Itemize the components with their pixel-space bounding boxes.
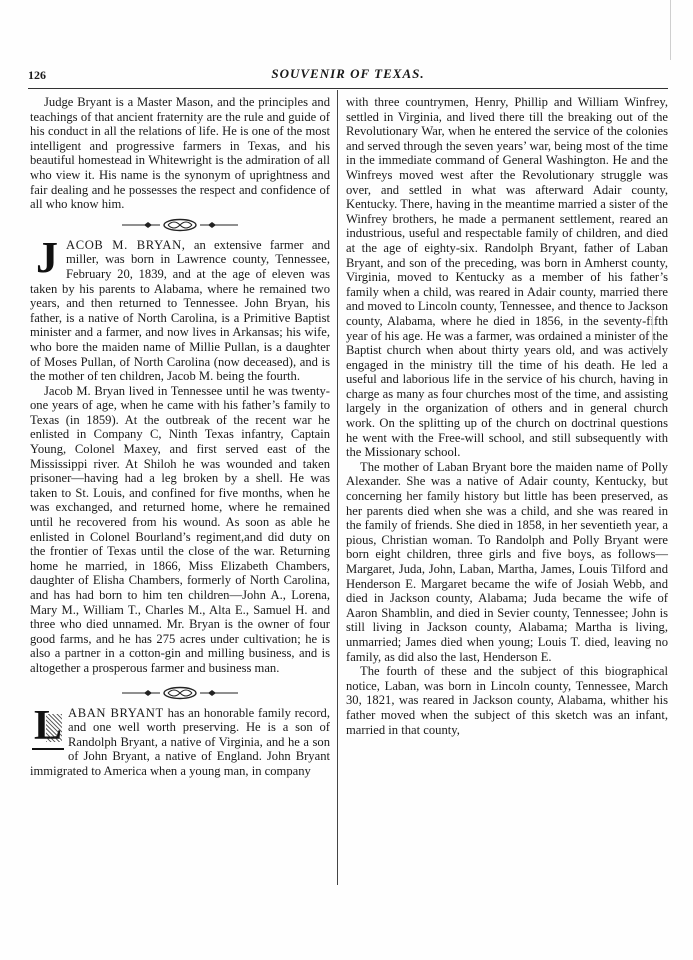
paragraph-text: an extensive farmer and miller, was born… xyxy=(30,238,330,383)
dropcap-l: L xyxy=(32,708,64,750)
paragraph-mother-polly-alexander: The mother of Laban Bryant bore the maid… xyxy=(346,460,668,664)
running-title: SOUVENIR OF TEXAS. xyxy=(28,66,668,82)
column-divider xyxy=(337,90,338,885)
paragraph-laban-bryant-intro: LABAN BRYANT has an honorable fam­ily re… xyxy=(30,706,330,779)
scanned-book-page: 126 SOUVENIR OF TEXAS. Judge Bryant is a… xyxy=(0,0,693,960)
subject-name-jacob: ACOB M. BRYAN, xyxy=(66,238,186,252)
left-column: Judge Bryant is a Master Mason, and the … xyxy=(30,95,330,779)
paragraph-judge-bryant: Judge Bryant is a Master Mason, and the … xyxy=(30,95,330,212)
right-column: with three countrymen, Henry, Phillip an… xyxy=(346,95,668,737)
dropcap-j: J xyxy=(32,240,62,280)
paragraph-jacob-bryan-intro: JACOB M. BRYAN, an extensive farmer and … xyxy=(30,238,330,384)
ornament-divider-icon xyxy=(30,684,330,702)
scan-edge-mark xyxy=(670,0,671,60)
subject-name-laban: ABAN BRYANT xyxy=(68,706,164,720)
paragraph-john-bryant-history: with three countrymen, Henry, Phillip an… xyxy=(346,95,668,460)
dropcap-ornament-icon xyxy=(46,714,62,742)
paragraph-laban-birth: The fourth of these and the subject of t… xyxy=(346,664,668,737)
ornament-divider-icon xyxy=(30,216,330,234)
header-rule xyxy=(28,88,668,89)
paragraph-jacob-bryan-life: Jacob M. Bryan lived in Tennessee until … xyxy=(30,384,330,676)
page-header: 126 SOUVENIR OF TEXAS. xyxy=(28,66,668,86)
scan-edge-mark xyxy=(652,310,653,350)
